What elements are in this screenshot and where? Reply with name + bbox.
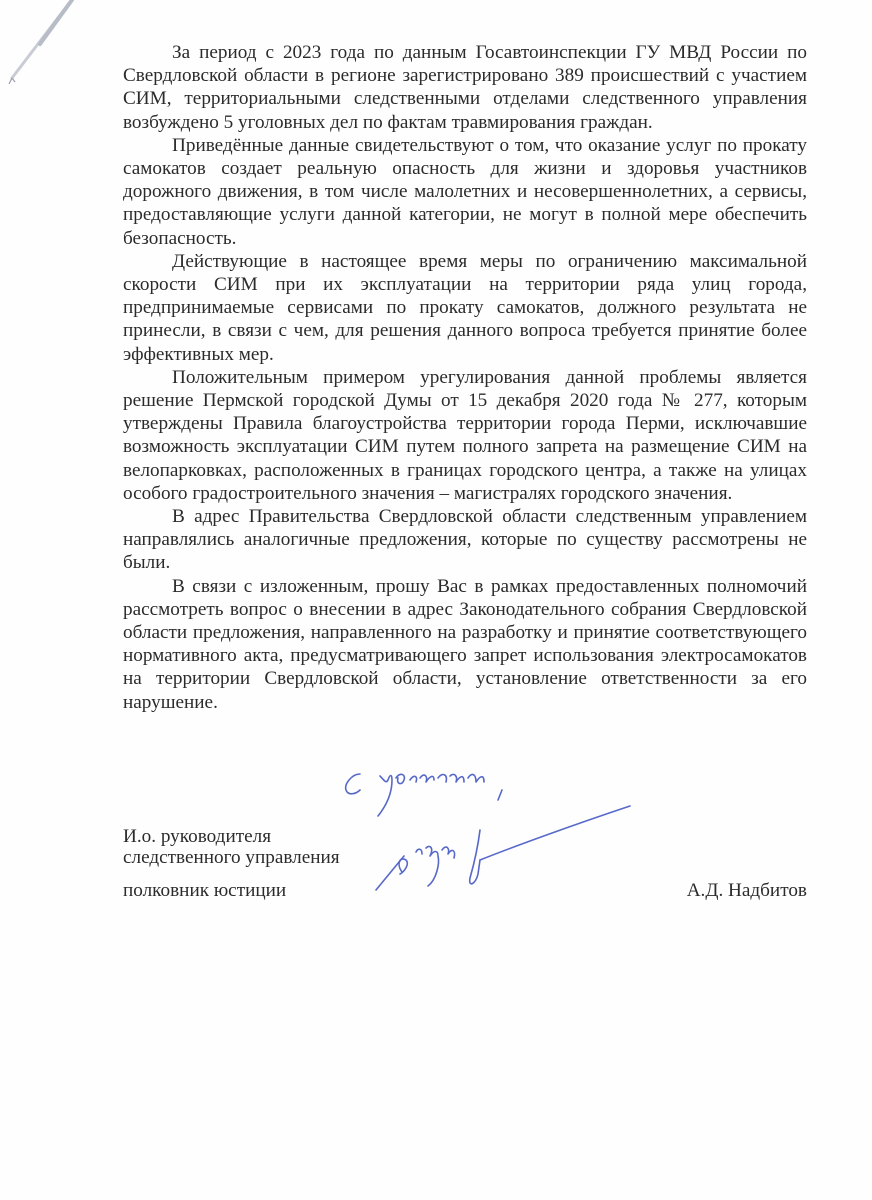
signatory-position: И.о. руководителя следственного управлен… [123, 826, 807, 868]
paragraph-perm-example: Положительным примером урегулирования да… [123, 366, 807, 505]
signatory-name: А.Д. Надбитов [687, 880, 807, 901]
signatory-rank: полковник юстиции [123, 880, 286, 901]
position-line-1: И.о. руководителя [123, 826, 807, 847]
document-page: За период с 2023 года по данным Госавтои… [0, 0, 872, 1200]
paragraph-danger-assessment: Приведённые данные свидетельствуют о том… [123, 134, 807, 250]
pen-stroke-mark [0, 0, 120, 120]
position-line-2: следственного управления [123, 847, 807, 868]
paragraph-request: В связи с изложенным, прошу Вас в рамках… [123, 575, 807, 714]
paragraph-prior-proposals: В адрес Правительства Свердловской облас… [123, 505, 807, 575]
letter-body: За период с 2023 года по данным Госавтои… [123, 41, 807, 714]
paragraph-incident-statistics: За период с 2023 года по данным Госавтои… [123, 41, 807, 134]
paragraph-current-measures: Действующие в настоящее время меры по ог… [123, 250, 807, 366]
signatory-rank-row: полковник юстиции А.Д. Надбитов [123, 880, 807, 901]
